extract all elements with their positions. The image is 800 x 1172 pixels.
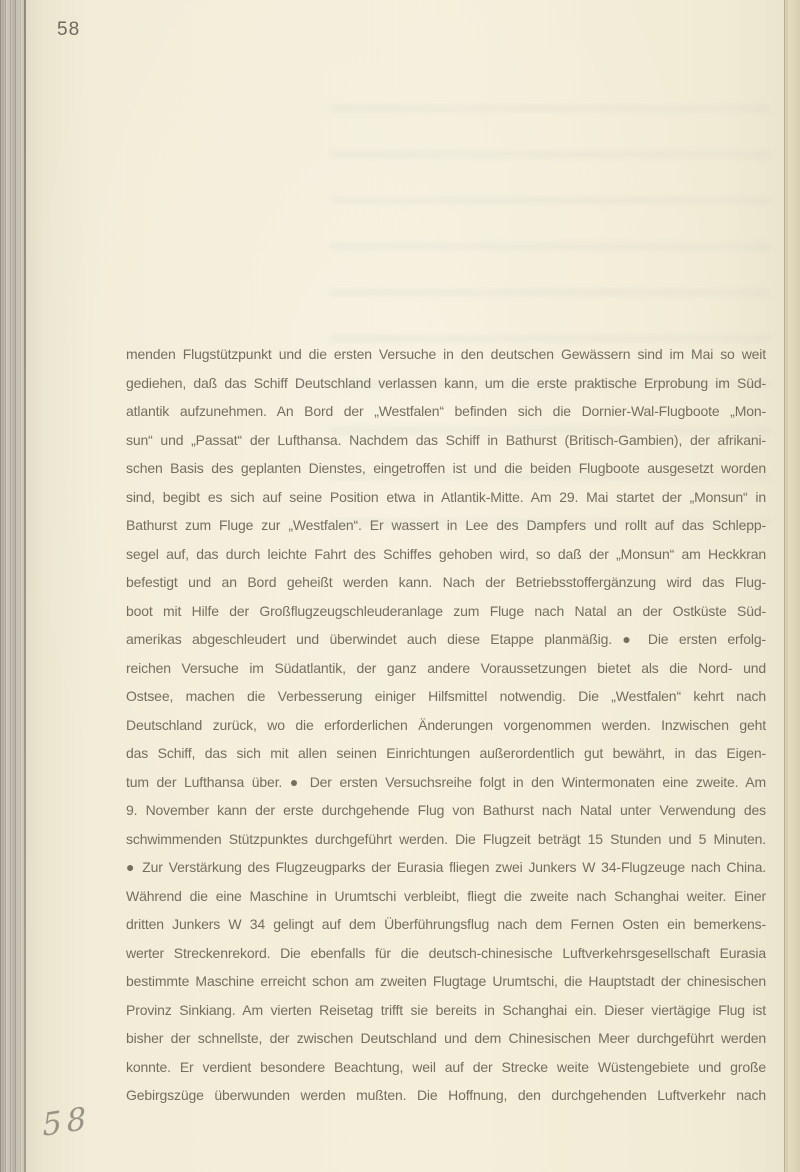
- body-text-line: 9. November kann der erste durchgehende …: [126, 796, 766, 825]
- body-text-line: werter Streckenrekord. Die ebenfalls für…: [126, 939, 766, 968]
- printed-page-number: 58: [57, 19, 80, 41]
- body-text-line: konnte. Er verdient besondere Beachtung,…: [126, 1053, 766, 1082]
- handwritten-page-number: 58: [41, 1100, 92, 1144]
- body-text-line: dritten Junkers W 34 gelingt auf dem Übe…: [126, 910, 766, 939]
- body-text-block: menden Flugstützpunkt und die ersten Ver…: [126, 340, 766, 1110]
- body-text-line: Ostsee, machen die Verbesserung einiger …: [126, 682, 766, 711]
- body-text-line: Gebirgszüge überwunden werden mußten. Di…: [126, 1081, 766, 1110]
- body-text-line: schen Basis des geplanten Dienstes, eing…: [126, 454, 766, 483]
- body-text-line: menden Flugstützpunkt und die ersten Ver…: [126, 340, 766, 369]
- body-text-line: bisher der schnellste, der zwischen Deut…: [126, 1024, 766, 1053]
- body-text-line: schwimmenden Stützpunktes durchgeführt w…: [126, 825, 766, 854]
- body-text-line: Deutschland zurück, wo die erforderliche…: [126, 711, 766, 740]
- body-text-line: bestimmte Maschine erreicht schon am zwe…: [126, 967, 766, 996]
- body-text-line: Bathurst zum Fluge zur „Westfalen“. Er w…: [126, 511, 766, 540]
- body-text-line: gediehen, daß das Schiff Deutschland ver…: [126, 369, 766, 398]
- body-text-line: segel auf, das durch leichte Fahrt des S…: [126, 540, 766, 569]
- body-text-line: tum der Lufthansa über. ● Der ersten Ver…: [126, 768, 766, 797]
- body-text-line: Während die eine Maschine in Urumtschi v…: [126, 882, 766, 911]
- body-text-line: das Schiff, das sich mit allen seinen Ei…: [126, 739, 766, 768]
- body-text-line: reichen Versuche im Südatlantik, der gan…: [126, 654, 766, 683]
- book-page-scan: 58 menden Flugstützpunkt und die ersten …: [0, 0, 800, 1172]
- body-text-line: sun“ und „Passat“ der Lufthansa. Nachdem…: [126, 426, 766, 455]
- body-text-line: boot mit Hilfe der Großflugzeugschleuder…: [126, 597, 766, 626]
- book-binding-edge: [0, 0, 26, 1172]
- body-text-line: sind, begibt es sich auf seine Position …: [126, 483, 766, 512]
- body-text-line: befestigt und an Bord geheißt werden kan…: [126, 568, 766, 597]
- body-text-line: atlantik aufzunehmen. An Bord der „Westf…: [126, 397, 766, 426]
- body-text-line: Provinz Sinkiang. Am vierten Reisetag tr…: [126, 996, 766, 1025]
- body-text-line: amerikas abgeschleudert und überwindet a…: [126, 625, 766, 654]
- body-text-line: ● Zur Verstärkung des Flugzeugparks der …: [126, 853, 766, 882]
- page-right-edge-shadow: [784, 0, 800, 1172]
